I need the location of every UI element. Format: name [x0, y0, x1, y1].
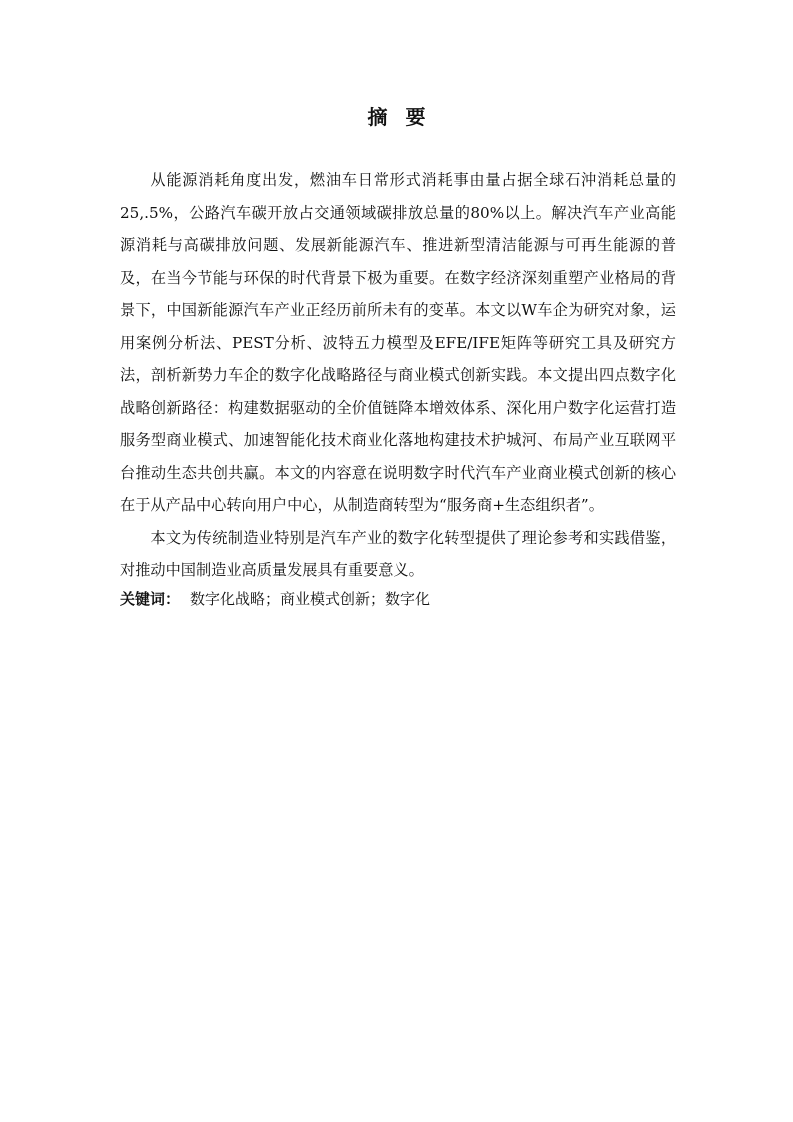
- abstract-paragraph-2: 本文为传统制造业特别是汽车产业的数字化转型提供了理论参考和实践借鉴，对推动中国制…: [120, 522, 676, 587]
- abstract-paragraph-1: 从能源消耗角度出发，燃油车日常形式消耗事由量占据全球石沖消耗总量的25,.5%，…: [120, 164, 676, 522]
- keywords-label: 关键词：: [120, 590, 180, 608]
- abstract-body: 从能源消耗角度出发，燃油车日常形式消耗事由量占据全球石沖消耗总量的25,.5%，…: [120, 164, 676, 611]
- keywords-value: 数字化战略；商业模式创新；数字化: [190, 590, 430, 608]
- abstract-title: 摘要: [0, 103, 793, 131]
- document-page: 摘要 从能源消耗角度出发，燃油车日常形式消耗事由量占据全球石沖消耗总量的25,.…: [0, 0, 793, 1122]
- keywords-line: 关键词：数字化战略；商业模式创新；数字化: [120, 587, 676, 611]
